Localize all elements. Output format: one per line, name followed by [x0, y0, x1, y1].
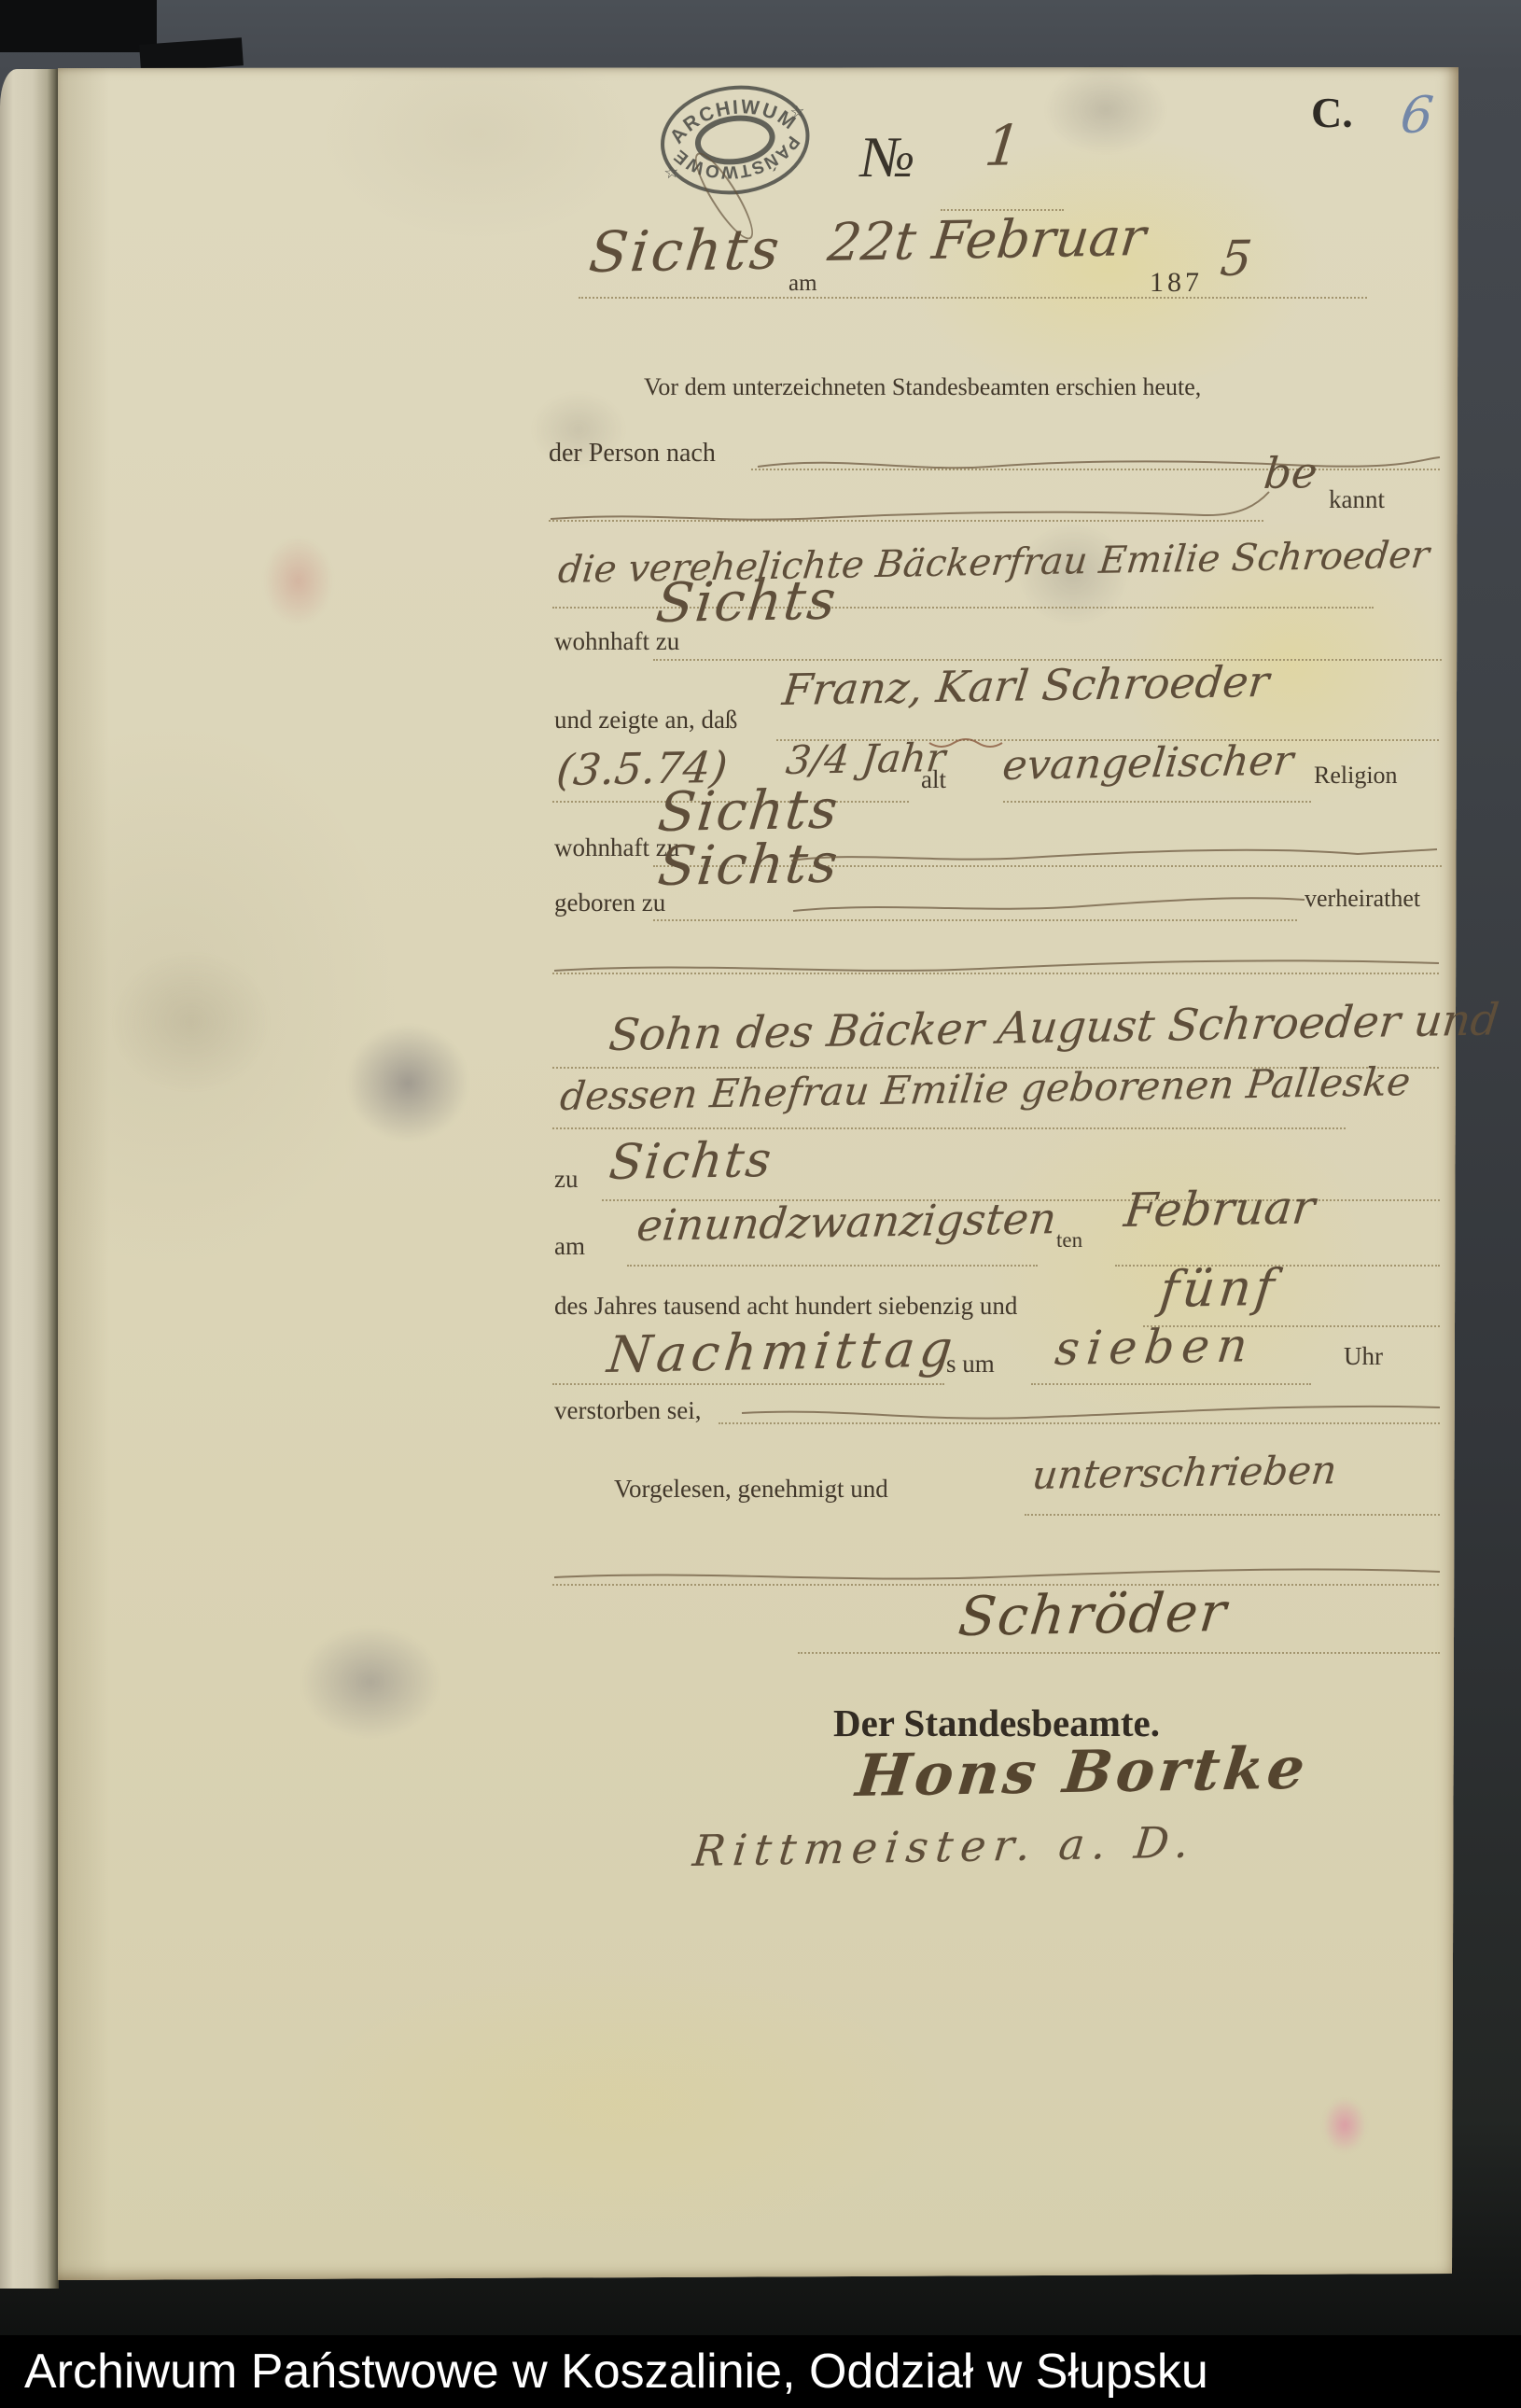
uhr-label: Uhr — [1344, 1342, 1383, 1371]
alt-label: alt — [921, 765, 946, 794]
deceased-name-entry: Franz, Karl Schroeder — [780, 656, 1272, 715]
ruled-line — [552, 973, 1439, 974]
declarant-residence-entry: Sichts — [653, 568, 841, 635]
book-page-curl — [0, 69, 59, 2289]
series-letter: C. — [1311, 88, 1353, 137]
kannt-label: kannt — [1329, 485, 1385, 514]
declarant-signature: Schröder — [956, 1580, 1231, 1648]
stamp-star-right: ☆ — [788, 102, 805, 122]
religion-entry: evangelischer — [1000, 737, 1295, 790]
religion-label: Religion — [1314, 762, 1398, 790]
year-digit-entry: 5 — [1218, 231, 1254, 287]
zu-label: zu — [554, 1165, 578, 1194]
ruled-line — [1025, 1514, 1440, 1516]
registrar-signature: Hons Bortke — [853, 1734, 1312, 1810]
scanner-shadow-top-left — [0, 0, 157, 52]
ruled-line — [1003, 801, 1311, 803]
year-words-label: des Jahres tausend acht hundert siebenzi… — [554, 1292, 1017, 1321]
record-number-sign: № — [860, 125, 914, 191]
scanner-shadow-notch — [139, 37, 244, 73]
closing-label: Vorgelesen, genehmigt und — [614, 1475, 888, 1504]
place-entry: Sichts — [586, 217, 785, 286]
year-word-entry: fünf — [1157, 1258, 1280, 1319]
year-printed: 187 — [1150, 267, 1203, 299]
ruled-line — [627, 1265, 1038, 1267]
am2-label: am — [554, 1232, 585, 1261]
parents-residence-entry: Sichts — [607, 1132, 775, 1191]
birthplace-entry: Sichts — [655, 832, 843, 898]
ruled-line — [751, 469, 1440, 470]
ruled-line — [552, 1383, 944, 1385]
ruled-line — [579, 297, 1367, 299]
s-um-label: s um — [946, 1350, 995, 1379]
ruled-line — [552, 1127, 1346, 1129]
hour-entry: sieben — [1053, 1318, 1258, 1376]
archive-banner-text: Archiwum Państwowe w Koszalinie, Oddział… — [0, 2344, 1208, 2400]
death-day-entry: einundzwanzigsten — [635, 1193, 1059, 1251]
am-label: am — [788, 271, 817, 297]
collation-number-pencil: 6 — [1398, 85, 1436, 145]
registrar-rank: Rittmeister. a. D. — [691, 1817, 1199, 1876]
ruled-line — [798, 1652, 1440, 1654]
archive-banner: Archiwum Państwowe w Koszalinie, Oddział… — [0, 2335, 1521, 2408]
be-entry: be — [1262, 447, 1319, 498]
stamp-star-left: ☆ — [663, 162, 679, 183]
date-entry: 22t Februar — [825, 207, 1149, 273]
daytime-entry: Nachmittag — [605, 1319, 959, 1384]
person-nach-label: der Person nach — [549, 439, 716, 469]
record-number-entry: 1 — [982, 113, 1025, 179]
ruled-line — [1031, 1383, 1311, 1385]
verheirathet-label: verheirathet — [1305, 885, 1420, 913]
geboren-zu-label: geboren zu — [554, 889, 665, 917]
zeigte-an-label: und zeigte an, daß — [554, 706, 737, 735]
ruled-line — [719, 1422, 1440, 1424]
ruled-line — [653, 919, 1297, 921]
ruled-line — [549, 520, 1263, 522]
death-month-entry: Februar — [1122, 1180, 1318, 1238]
scanned-death-record-page: ARCHIWUM PAŃSTWOWE ☆ ☆ C. 6 № 1 Sichts a… — [0, 0, 1521, 2408]
ten-label: ten — [1056, 1228, 1082, 1253]
closing-entry: unterschrieben — [1030, 1447, 1339, 1498]
verstorben-label: verstorben sei, — [554, 1396, 701, 1425]
intro-line: Vor dem unterzeichneten Standesbeamten e… — [644, 373, 1201, 401]
